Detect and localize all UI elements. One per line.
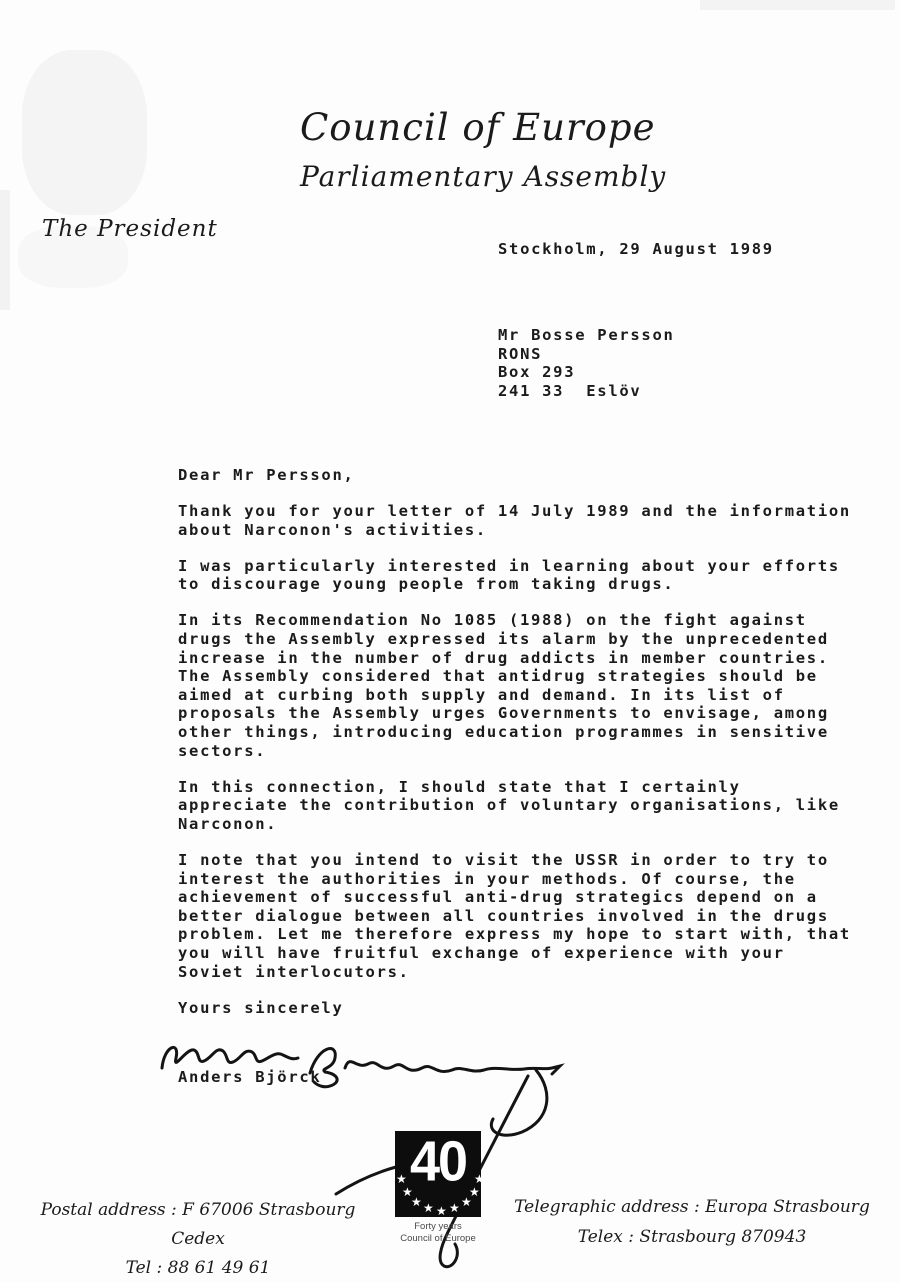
logo-caption: Forty years Council of Europe: [368, 1221, 508, 1244]
telex-number: Telex : Strasbourg 870943: [500, 1222, 884, 1252]
postal-tel: Tel : 88 61 49 61: [26, 1254, 370, 1283]
star-icon: ★: [469, 1186, 480, 1198]
sender-title: The President: [42, 216, 218, 242]
footer-telegraphic: Telegraphic address : Europa Strasbourg …: [500, 1192, 884, 1252]
logo-number: 40: [410, 1130, 466, 1194]
star-icon: ★: [449, 1202, 460, 1214]
star-icon: ★: [436, 1205, 447, 1217]
letterhead-org: Council of Europe: [300, 106, 656, 149]
anniversary-logo: 40 ★ ★ ★ ★ ★ ★ ★ ★ ★: [395, 1131, 481, 1217]
telegraphic-address: Telegraphic address : Europa Strasbourg: [500, 1192, 884, 1222]
star-icon: ★: [474, 1173, 485, 1185]
paragraph: In this connection, I should state that …: [178, 778, 878, 834]
recipient-address: Mr Bosse Persson RONS Box 293 241 33 Esl…: [498, 326, 675, 400]
paragraph: Thank you for your letter of 14 July 198…: [178, 502, 878, 539]
paragraph: In its Recommendation No 1085 (1988) on …: [178, 611, 878, 760]
footer-postal: Postal address : F 67006 Strasbourg Cede…: [26, 1196, 370, 1283]
postal-address: Postal address : F 67006 Strasbourg Cede…: [26, 1196, 370, 1254]
star-icon: ★: [396, 1173, 407, 1185]
star-icon: ★: [423, 1202, 434, 1214]
closing: Yours sincerely: [178, 999, 878, 1018]
letter-page: Council of Europe Parliamentary Assembly…: [0, 0, 900, 1283]
scan-artifact: [700, 0, 895, 10]
typed-signature-name: Anders Björck: [178, 1068, 321, 1087]
paragraph: I note that you intend to visit the USSR…: [178, 851, 878, 981]
letterhead-dept: Parliamentary Assembly: [300, 160, 666, 193]
star-icon: ★: [411, 1196, 422, 1208]
paragraph: I was particularly interested in learnin…: [178, 557, 878, 594]
scan-artifact: [22, 50, 147, 215]
letter-body: Dear Mr Persson, Thank you for your lett…: [178, 466, 878, 1035]
scan-artifact: [0, 190, 10, 310]
salutation: Dear Mr Persson,: [178, 466, 878, 485]
dateline: Stockholm, 29 August 1989: [498, 240, 774, 259]
